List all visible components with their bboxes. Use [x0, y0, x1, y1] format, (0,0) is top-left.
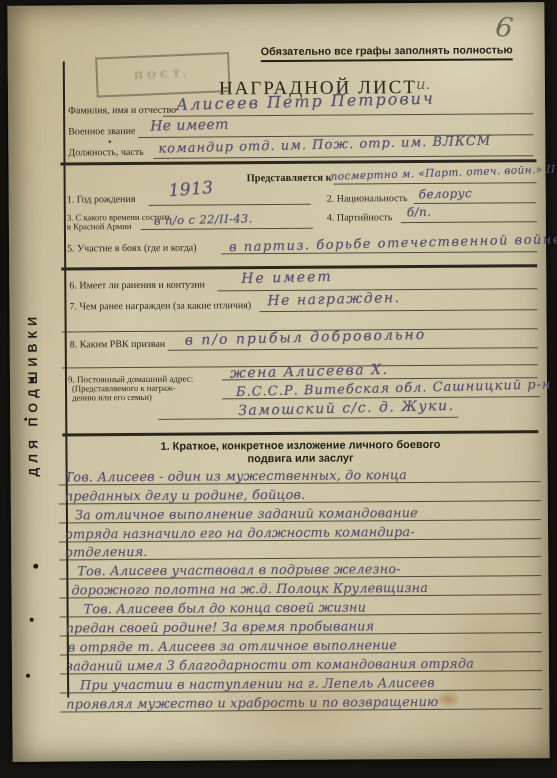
party-value: б/п. — [407, 205, 432, 220]
section-rule — [60, 159, 536, 165]
binding-hole — [30, 618, 34, 622]
battles-label: 5. Участие в боях (где и когда) — [67, 243, 197, 255]
birth-year-label: 1. Год рождения — [67, 194, 136, 205]
page-number: 6 — [494, 11, 515, 44]
narrative-text: отделения. — [65, 545, 148, 561]
binding-hole — [26, 674, 30, 678]
service-value: в п/о с 22/II-43. — [154, 211, 253, 227]
nationality-line — [414, 202, 536, 204]
nationality-value: белорус — [419, 186, 473, 201]
party-line — [401, 221, 537, 223]
document-scan-paper: 6 Обязательно все графы заполнять полнос… — [7, 2, 549, 762]
top-instruction: Обязательно все графы заполнять полность… — [261, 44, 513, 62]
service-label-2: в Красной Армии — [67, 221, 132, 231]
presented-line — [334, 182, 537, 184]
narrative-text-block: Тов. Алисеев - один из мужественных, до … — [59, 463, 543, 712]
party-label: 4. Партийность — [327, 212, 393, 223]
awards-value: Не награжден. — [267, 290, 400, 309]
wounds-value: Не имеет — [241, 269, 333, 287]
fio-label: Фамилия, имя и отчество — [68, 105, 176, 117]
address-line-3 — [158, 417, 458, 420]
section-rule — [62, 430, 538, 436]
side-binding-label: ДЛЯ ПОДШИВКИ — [25, 294, 46, 496]
presented-label: Представляется к — [247, 173, 332, 185]
position-line — [153, 155, 533, 159]
paper-speck — [108, 140, 111, 143]
rank-label: Военное звание — [68, 126, 135, 137]
binding-hole — [33, 564, 38, 569]
narrative-text: преданных делу и родине, бойцов. — [65, 488, 306, 505]
wounds-label: 6. Имеет ли ранения и контузии — [69, 280, 205, 292]
presented-value: посмертно м. «Парт. отеч. войн.» II ст. — [330, 163, 557, 183]
service-line — [141, 228, 313, 230]
birth-year-line — [149, 204, 311, 206]
address-label-3: дению или его семьи) — [72, 392, 152, 403]
narrative-line: проявлял мужество и храбрость и по возвр… — [60, 690, 542, 712]
birth-year-value: 1913 — [168, 178, 214, 201]
address-value-3: Замошский с/с. д. Жуки. — [238, 398, 455, 419]
narrative-text: проявлял мужество и храбрость и по возвр… — [66, 694, 438, 712]
rank-value: Не имеет — [150, 117, 229, 135]
position-label: Должность, часть — [68, 147, 143, 159]
stamp-text: ПОСТ. — [134, 68, 191, 82]
awards-line — [260, 309, 538, 312]
nationality-label: 2. Национальность — [327, 193, 408, 205]
awards-label: 7. Чем ранее награжден (за какие отличия… — [69, 300, 251, 312]
rvk-label: 8. Каким РВК призван — [70, 339, 166, 351]
